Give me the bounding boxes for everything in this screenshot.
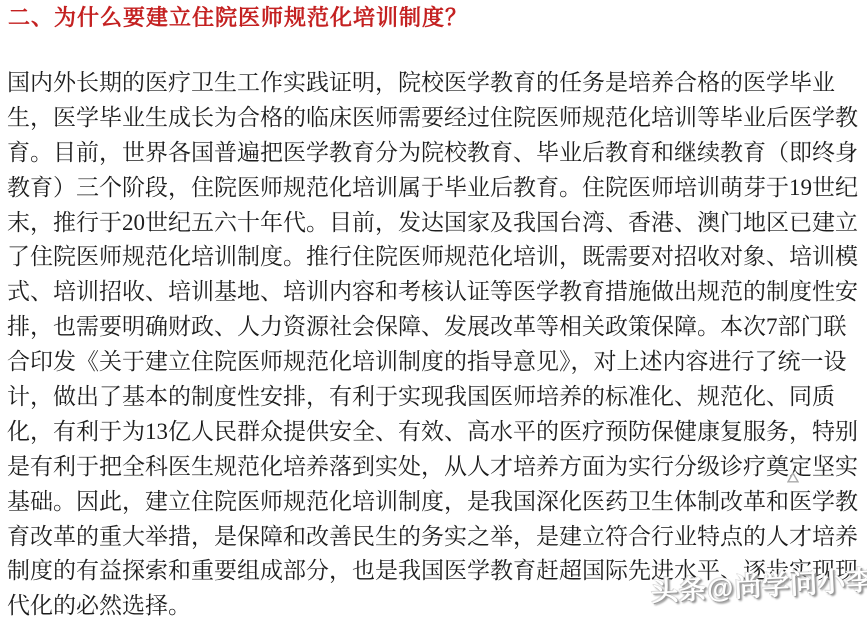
triangle-marker-icon	[787, 470, 799, 481]
paragraph-line: 是有利于把全科医生规范化培养落到实处，从人才培养方面为实行分级诊疗奠定坚实	[7, 450, 860, 485]
paragraph-line: 教育）三个阶段，住院医师规范化培训属于毕业后教育。住院医师培训萌芽于19世纪	[7, 171, 860, 206]
section-heading: 二、为什么要建立住院医师规范化培训制度？	[8, 3, 468, 33]
paragraph-line: 了住院医师规范化培训制度。推行住院医师规范化培训，既需要对招收对象、培训模	[7, 240, 860, 275]
paragraph-line: 化，有利于为13亿人民群众提供安全、有效、高水平的医疗预防保健康复服务，特别	[7, 415, 860, 450]
document-page: 二、为什么要建立住院医师规范化培训制度？ 国内外长期的医疗卫生工作实践证明，院校…	[0, 0, 867, 619]
paragraph-line: 基础。因此，建立住院医师规范化培训制度，是我国深化医药卫生体制改革和医学教	[7, 485, 860, 520]
paragraph-line: 育。目前，世界各国普遍把医学教育分为院校教育、毕业后教育和继续教育（即终身	[7, 136, 860, 171]
paragraph-line: 计，做出了基本的制度性安排，有利于实现我国医师培养的标准化、规范化、同质	[7, 380, 860, 415]
paragraph-line: 国内外长期的医疗卫生工作实践证明，院校医学教育的任务是培养合格的医学毕业	[7, 66, 860, 101]
paragraph-line: 排，也需要明确财政、人力资源社会保障、发展改革等相关政策保障。本次7部门联	[7, 310, 860, 345]
paragraph-line: 合印发《关于建立住院医师规范化培训制度的指导意见》，对上述内容进行了统一设	[7, 345, 860, 380]
paragraph-line: 式、培训招收、培训基地、培训内容和考核认证等医学教育措施做出规范的制度性安	[7, 275, 860, 310]
paragraph-line: 生，医学毕业生成长为合格的临床医师需要经过住院医师规范化培训等毕业后医学教	[7, 101, 860, 136]
paragraph-line: 末，推行于20世纪五六十年代。目前，发达国家及我国台湾、香港、澳门地区已建立	[7, 206, 860, 241]
article-body: 国内外长期的医疗卫生工作实践证明，院校医学教育的任务是培养合格的医学毕业生，医学…	[7, 66, 860, 619]
paragraph-line: 育改革的重大举措，是保障和改善民生的务实之举，是建立符合行业特点的人才培养	[7, 520, 860, 555]
